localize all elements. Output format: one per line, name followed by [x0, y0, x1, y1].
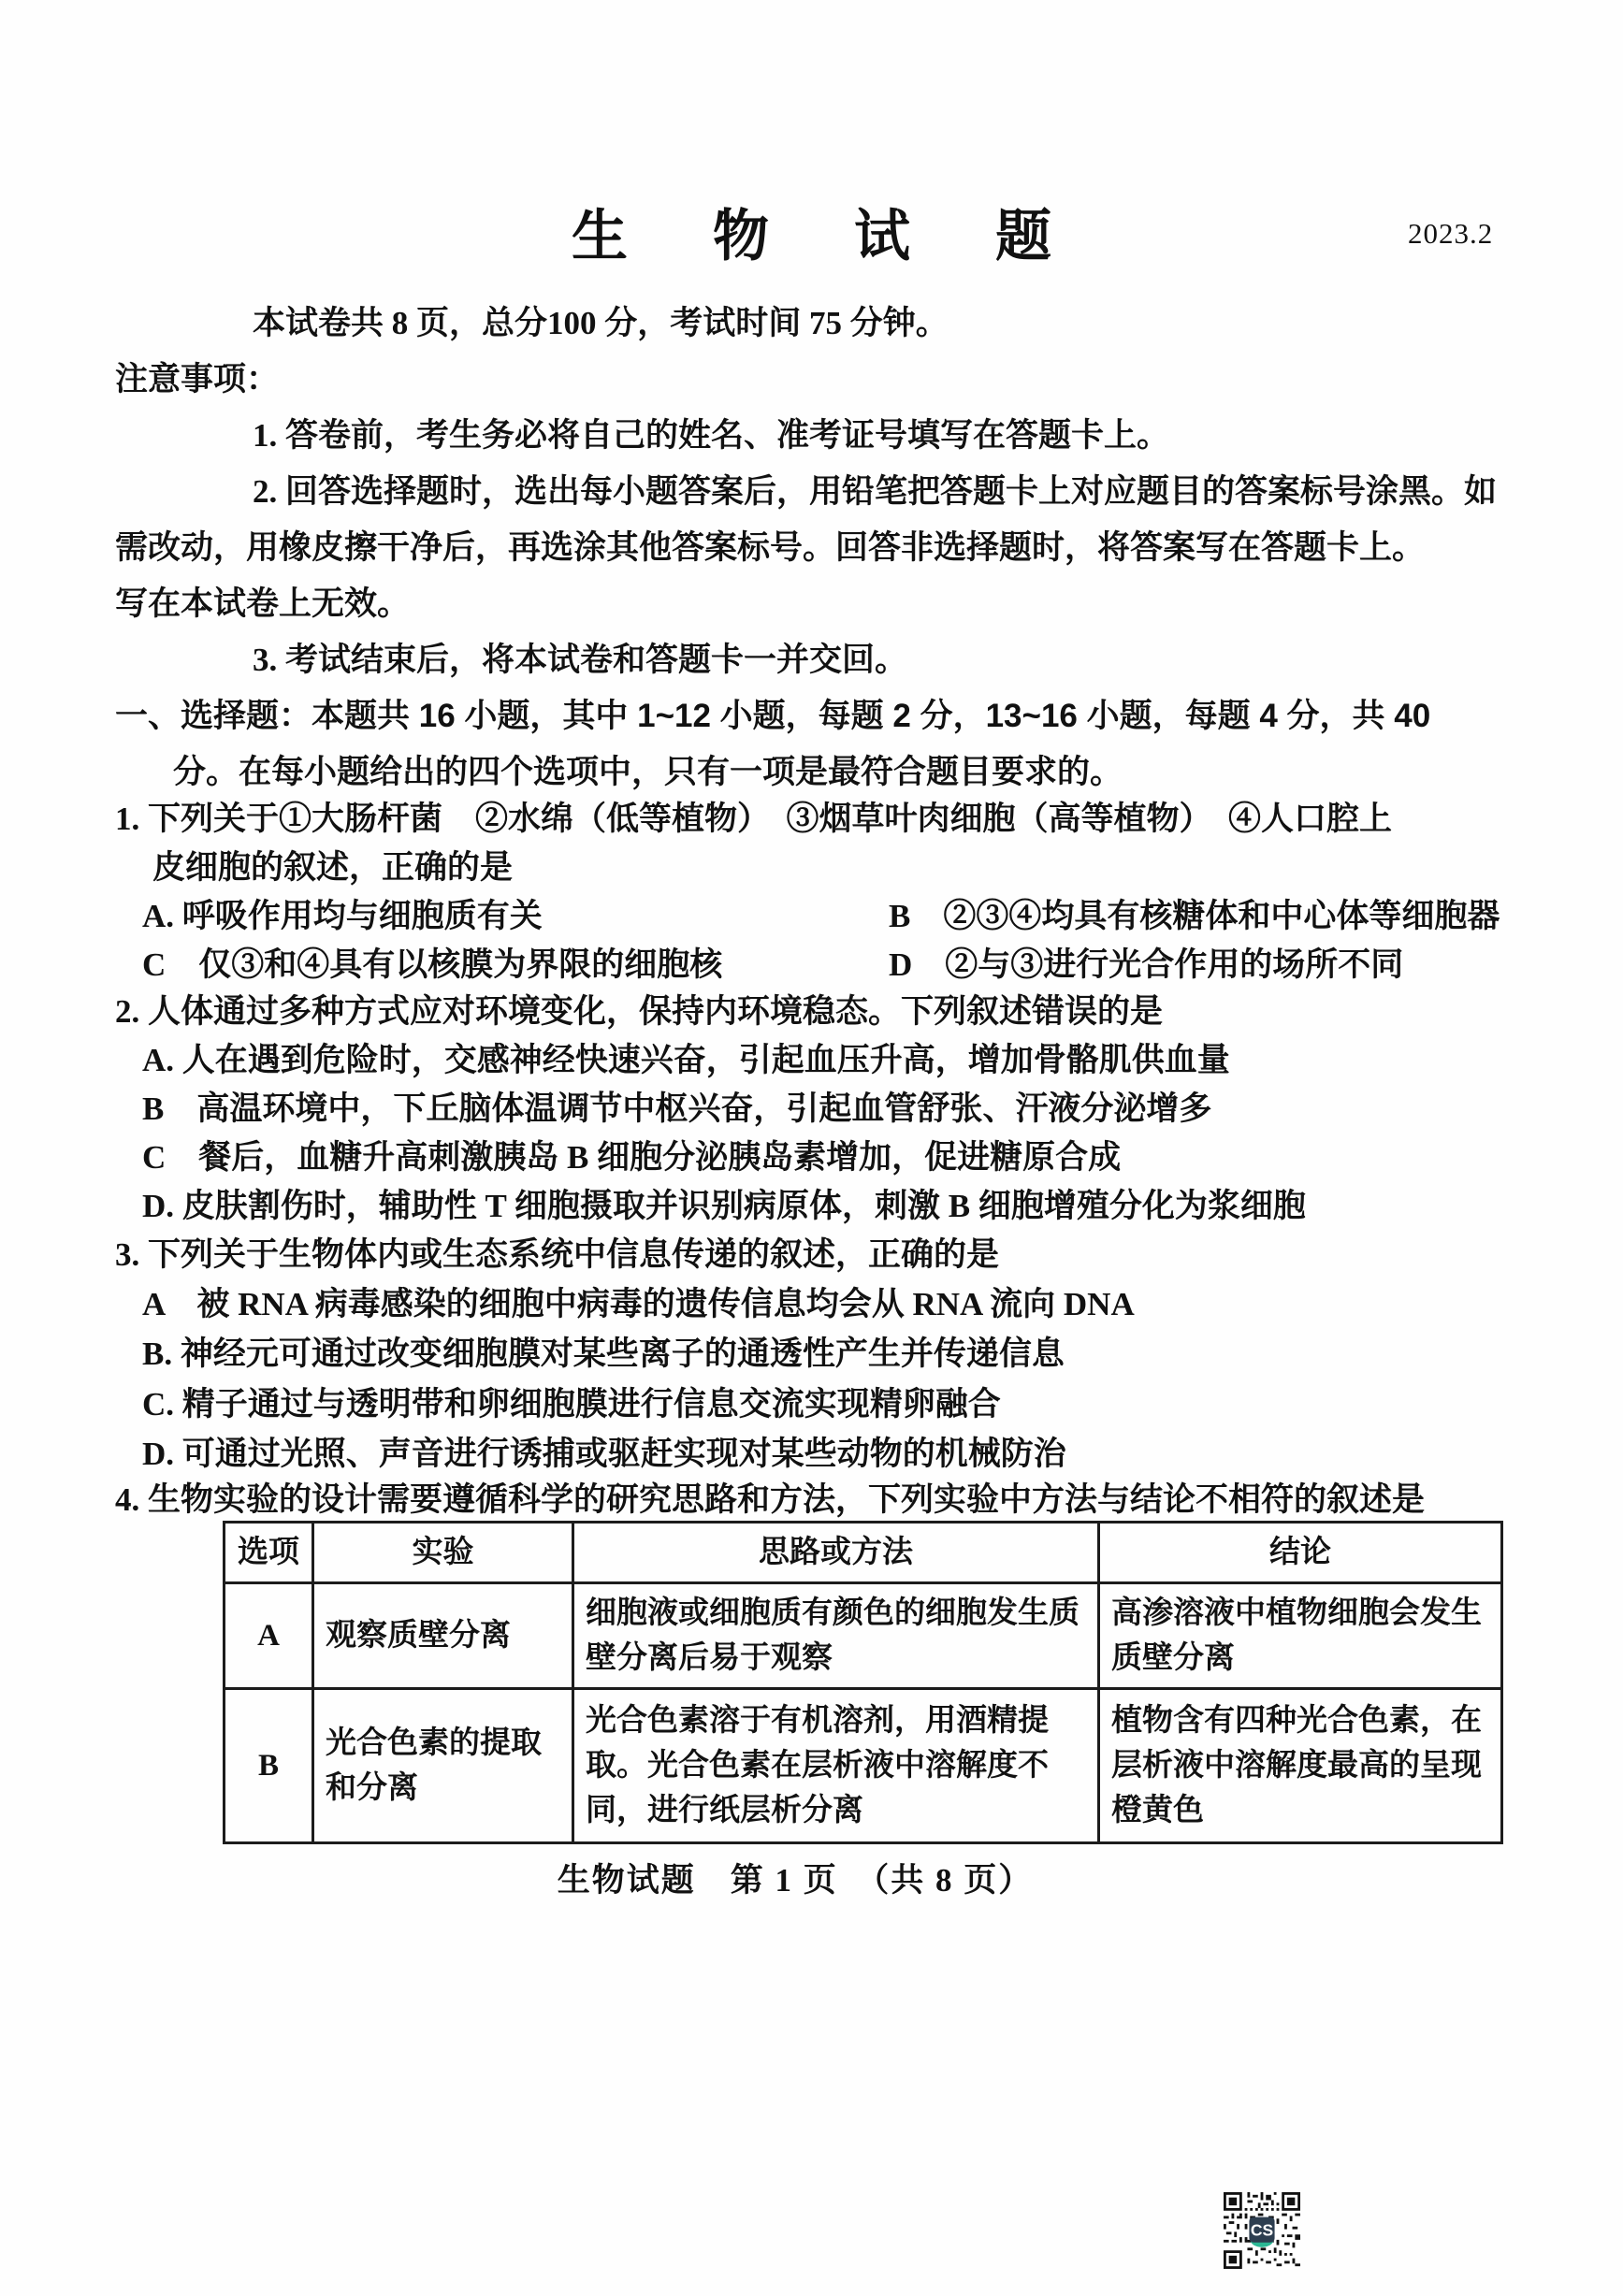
question-1-option-a: A. 呼吸作用均与细胞质有关	[142, 898, 543, 935]
notice-item-3: 3. 考试结束后，将本试卷和答题卡一并交回。	[253, 642, 907, 679]
exam-paper-page: 生 物 试 题 2023.2 本试卷共 8 页，总分100 分，考试时间 75 …	[0, 0, 1623, 2296]
notice-item-2-line2: 需改动，用橡皮擦干净后，再选涂其他答案标号。回答非选择题时，将答案写在答题卡上。	[115, 529, 1425, 567]
table-row: A 观察质壁分离 细胞液或细胞质有颜色的细胞发生质壁分离后易于观察 高渗溶液中植…	[225, 1583, 1502, 1689]
notice-item-2-line1: 2. 回答选择题时，选出每小题答案后，用铅笔把答题卡上对应题目的答案标号涂黑。如	[253, 473, 1497, 511]
question-3-option-c: C. 精子通过与透明带和卵细胞膜进行信息交流实现精卵融合	[142, 1386, 1001, 1423]
notice-heading: 注意事项：	[115, 361, 279, 398]
section-heading-line2: 分。在每小题给出的四个选项中，只有一项是最符合题目要求的。	[173, 754, 1123, 791]
qr-code: CS	[1224, 2192, 1300, 2269]
table-row: B 光合色素的提取和分离 光合色素溶于有机溶剂，用酒精提取。光合色素在层析液中溶…	[225, 1689, 1502, 1843]
question-4-stem: 4. 生物实验的设计需要遵循科学的研究思路和方法，下列实验中方法与结论不相符的叙…	[115, 1481, 1425, 1519]
exam-date: 2023.2	[1408, 217, 1493, 251]
page-title: 生 物 试 题	[0, 192, 1623, 272]
table-header-experiment: 实验	[313, 1523, 573, 1583]
question-1-option-d: D ②与③进行光合作用的场所不同	[889, 946, 1403, 984]
question-1-option-c: C 仅③和④具有以核膜为界限的细胞核	[142, 946, 722, 984]
question-2-option-c: C 餐后，血糖升高刺激胰岛 B 细胞分泌胰岛素增加，促进糖原合成	[142, 1139, 1121, 1177]
question-1-stem-line2: 皮细胞的叙述，正确的是	[152, 849, 513, 887]
scanner-logo: CS	[1249, 2217, 1274, 2247]
page-footer: 生物试题 第 1 页 （共 8 页）	[0, 1855, 1590, 1901]
question-4-table: 选项 实验 思路或方法 结论 A 观察质壁分离 细胞液或细胞质有颜色的细胞发生质…	[223, 1521, 1503, 1844]
question-2-stem: 2. 人体通过多种方式应对环境变化，保持内环境稳态。下列叙述错误的是	[115, 993, 1163, 1031]
question-1-stem-line1: 1. 下列关于①大肠杆菌 ②水绵（低等植物） ③烟草叶肉细胞（高等植物） ④人口…	[115, 801, 1392, 838]
table-header-conclusion: 结论	[1099, 1523, 1502, 1583]
table-header-option: 选项	[225, 1523, 313, 1583]
row-a-experiment: 观察质壁分离	[313, 1583, 573, 1689]
table-header-method: 思路或方法	[573, 1523, 1099, 1583]
question-3-option-d: D. 可通过光照、声音进行诱捕或驱赶实现对某些动物的机械防治	[142, 1436, 1066, 1473]
row-a-method: 细胞液或细胞质有颜色的细胞发生质壁分离后易于观察	[573, 1583, 1099, 1689]
question-3-stem: 3. 下列关于生物体内或生态系统中信息传递的叙述，正确的是	[115, 1236, 999, 1274]
question-2-option-a: A. 人在遇到危险时，交感神经快速兴奋，引起血压升高，增加骨骼肌供血量	[142, 1042, 1230, 1079]
row-b-conclusion: 植物含有四种光合色素，在层析液中溶解度最高的呈现橙黄色	[1099, 1689, 1502, 1843]
row-b-option: B	[225, 1689, 313, 1843]
exam-info: 本试卷共 8 页，总分100 分，考试时间 75 分钟。	[253, 305, 949, 342]
question-3-option-b: B. 神经元可通过改变细胞膜对某些离子的通透性产生并传递信息	[142, 1336, 1065, 1373]
row-b-experiment: 光合色素的提取和分离	[313, 1689, 573, 1843]
question-2-option-d: D. 皮肤割伤时，辅助性 T 细胞摄取并识别病原体，刺激 B 细胞增殖分化为浆细…	[142, 1188, 1306, 1225]
notice-item-1: 1. 答卷前，考生务必将自己的姓名、准考证号填写在答题卡上。	[253, 417, 1169, 455]
question-3-option-a: A 被 RNA 病毒感染的细胞中病毒的遗传信息均会从 RNA 流向 DNA	[142, 1286, 1135, 1323]
table-header-row: 选项 实验 思路或方法 结论	[225, 1523, 1502, 1583]
question-2-option-b: B 高温环境中，下丘脑体温调节中枢兴奋，引起血管舒张、汗液分泌增多	[142, 1090, 1211, 1128]
scanner-logo-text: CS	[1251, 2220, 1273, 2239]
section-heading-line1: 一、选择题：本题共 16 小题，其中 1~12 小题，每题 2 分，13~16 …	[115, 698, 1430, 735]
row-b-method: 光合色素溶于有机溶剂，用酒精提取。光合色素在层析液中溶解度不同，进行纸层析分离	[573, 1689, 1099, 1843]
row-a-option: A	[225, 1583, 313, 1689]
row-a-conclusion: 高渗溶液中植物细胞会发生质壁分离	[1099, 1583, 1502, 1689]
question-1-option-b: B ②③④均具有核糖体和中心体等细胞器	[889, 898, 1500, 935]
notice-item-2-line3: 写在本试卷上无效。	[115, 585, 410, 623]
